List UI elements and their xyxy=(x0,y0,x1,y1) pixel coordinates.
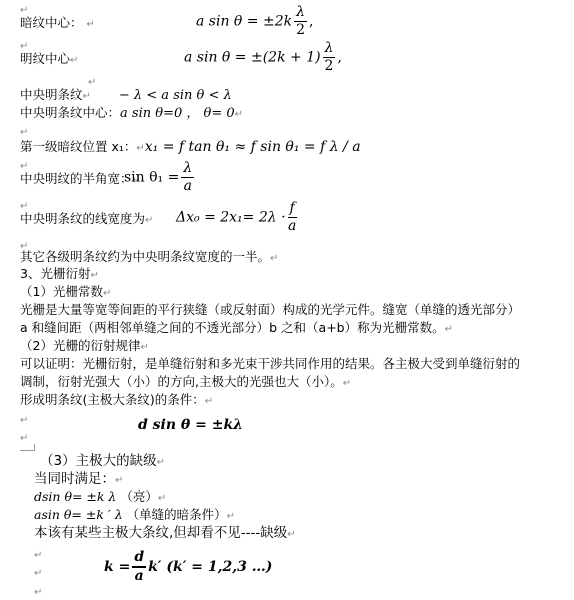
first-dark-position-line: 第一级暗纹位置 x₁：↵x₁ = f tan θ₁ ≈ f sin θ₁ = f… xyxy=(20,138,361,158)
diffraction-law-para-line1: 可以证明：光栅衍射，是单缝衍射和多光束干涉共同作用的结果。各主极大受到单缝衍射的 xyxy=(20,355,520,373)
central-bright-line: 中央明条纹↵ − λ < a sin θ < λ xyxy=(20,86,232,106)
half-angle-label: 中央明纹的半角宽：↵ xyxy=(20,170,141,190)
fraction: λ2 xyxy=(294,4,307,39)
bright-center-formula: a sin θ = ±(2k + 1)λ2, xyxy=(184,40,342,75)
empty-paragraph: ↵ xyxy=(20,410,28,430)
section-break-marker xyxy=(20,444,35,451)
subsection-1-title: （1）光栅常数↵ xyxy=(20,283,111,303)
dark-center-formula: a sin θ = ±2kλ2, xyxy=(196,4,313,39)
fraction: λa xyxy=(181,160,194,195)
fraction: da xyxy=(132,549,146,585)
empty-paragraph: ↵ xyxy=(34,582,42,600)
fraction: fa xyxy=(288,200,297,235)
missing-order-text: 本该有某些主极大条纹,但却看不见----缺级↵ xyxy=(34,524,296,544)
empty-paragraph: ↵ xyxy=(34,545,42,565)
missing-order-formula: k =dak′ (k′ = 1,2,3 …) xyxy=(104,549,272,585)
subsection-3-title: （3）主极大的缺级↵ xyxy=(40,452,165,472)
subsection-2-title: （2）光栅的衍射规律↵ xyxy=(20,337,149,357)
dark-center-label: 暗纹中心： ↵ xyxy=(20,14,95,34)
grating-constant-para-line1: 光栅是大量等宽等间距的平行狭缝（或反射面）构成的光学元件。缝宽（单缝的透光部分） xyxy=(20,301,520,319)
fraction: λ2 xyxy=(323,40,336,75)
bright-condition-line: dsin θ= ±k λ （亮）↵ xyxy=(34,488,166,508)
grating-constant-para-line2: a 和缝间距（两相邻单缝之间的不透光部分）b 之和（a+b）称为光栅常数。↵ xyxy=(20,319,453,339)
central-bright-center-line: 中央明条纹中心：a sin θ=0 ， θ= 0↵ xyxy=(20,104,243,124)
empty-paragraph: ↵ xyxy=(34,563,42,583)
line-width-label: 中央明条纹的线宽度为↵ xyxy=(20,210,153,230)
simultaneous-label: 当同时满足：↵ xyxy=(34,470,123,490)
line-width-formula: Δx₀ = 2x₁= 2λ ·fa xyxy=(176,200,299,235)
section-3-title: 3、光栅衍射↵ xyxy=(20,265,99,285)
diffraction-law-para-line2: 调制，衍射光强大（小）的方向,主极大的光强也大（小）。↵ xyxy=(20,373,351,393)
bright-center-label: 明纹中心↵ xyxy=(20,50,78,70)
dark-condition-line: asin θ= ±k ′ λ （单缝的暗条件）↵ xyxy=(34,506,235,526)
bright-condition-label: 形成明条纹(主极大条纹)的条件：↵ xyxy=(20,391,213,411)
half-angle-formula: sin θ₁ =λa xyxy=(124,160,196,195)
grating-equation: d sin θ = ±kλ xyxy=(138,416,243,434)
